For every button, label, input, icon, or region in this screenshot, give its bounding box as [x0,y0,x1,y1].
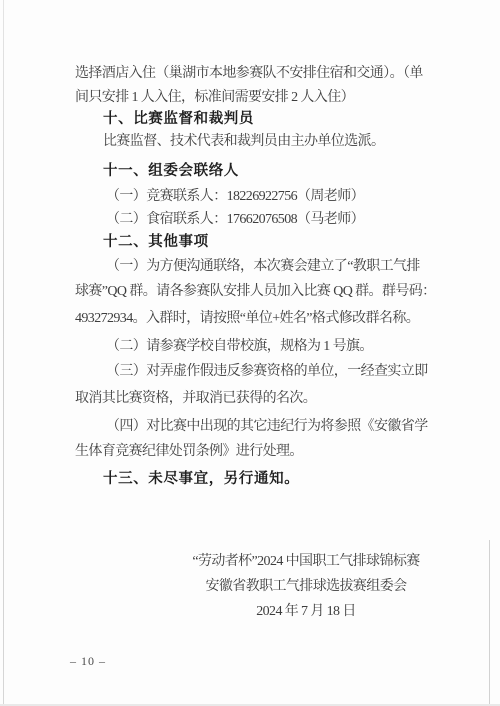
paragraph-hotel-continuation-line-2: 间只安排 1 人入住，标准间需要安排 2 人入住） [75,90,354,106]
section-12-item-3-line-1: （三）对弄虚作假违反参赛资格的单位，一经查实立即 [106,364,428,380]
section-10-heading: 十、比赛监督和裁判员 [103,111,254,127]
paragraph-hotel-continuation-line-1: 选择酒店入住（巢湖市本地参赛队不安排住宿和交通）。（单 [75,66,423,82]
contact-competition-line: （一）竞赛联系人：18226922756（周老师） [106,189,364,205]
page-number: – 10 – [70,654,106,669]
signature-organizer-line-1: “劳动者杯”2024 中国职工气排球锦标赛 [180,549,432,574]
section-12-item-2-line: （二）请参赛学校自带校旗，规格为 1 号旗。 [106,339,373,355]
signature-date-line: 2024 年 7 月 18 日 [180,599,432,624]
section-10-body-line: 比赛监督、技术代表和裁判员由主办单位选派。 [103,134,384,150]
section-12-item-3-line-2: 取消其比赛资格，并取消已获得的名次。 [75,391,316,407]
section-12-item-1-line-3: 493272934。入群时，请按照“单位+姓名”格式修改群名称。 [75,311,419,327]
section-12-item-1-line-1: （一）为方便沟通联络，本次赛会建立了“教职工气排 [106,259,420,275]
section-12-item-4-line-2: 生体育竞赛纪律处罚条例》进行处理。 [75,444,303,460]
scan-edge-left [3,0,4,706]
scanned-document-page: 选择酒店入住（巢湖市本地参赛队不安排住宿和交通）。（单 间只安排 1 人入住，标… [0,0,500,706]
signature-organizer-line-2: 安徽省教职工气排球选拔赛组委会 [180,574,432,599]
scan-edge-right [489,540,490,706]
contact-accommodation-line: （二）食宿联系人：17662076508（马老师） [106,212,364,228]
section-12-item-4-line-1: （四）对比赛中出现的其它违纪行为将参照《安徽省学 [106,419,428,435]
section-11-heading: 十一、组委会联络人 [103,163,239,179]
section-13-heading: 十三、未尽事宜，另行通知。 [103,471,299,487]
section-12-item-1-line-2: 球赛”QQ 群。请各参赛队安排人员加入比赛 QQ 群。群号码： [75,284,436,300]
signature-block: “劳动者杯”2024 中国职工气排球锦标赛 安徽省教职工气排球选拔赛组委会 20… [180,549,432,624]
section-12-heading: 十二、其他事项 [103,234,209,250]
